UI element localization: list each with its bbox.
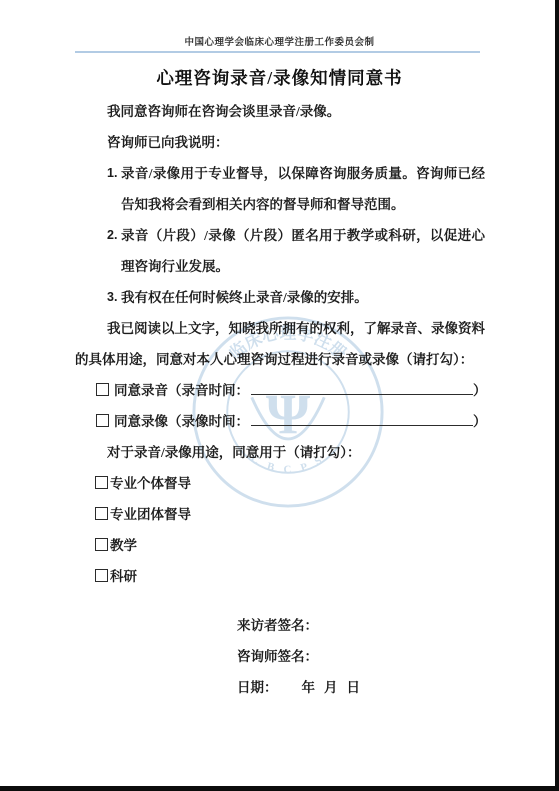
usage-option-label: 教学 bbox=[110, 538, 137, 553]
audio-consent-suffix: ） bbox=[473, 383, 487, 398]
scan-edge-bottom-bar bbox=[0, 786, 559, 791]
scan-edge-right-bar bbox=[555, 0, 559, 791]
intro-paragraph: 我同意咨询师在咨询会谈里录音/录像。 bbox=[75, 96, 485, 127]
video-consent-label: 同意录像（录像时间： bbox=[114, 414, 249, 429]
consent-form-page: 临床心理学注册 C B C P S Ψ 中国心理学会临床心理学注册工作委员会制 … bbox=[0, 0, 559, 791]
list-item-number: 3. bbox=[107, 282, 117, 313]
document-header-text: 中国心理学会临床心理学注册工作委员会制 bbox=[0, 34, 559, 48]
usage-option-row: 科研 bbox=[75, 561, 485, 592]
list-item-number: 1. bbox=[107, 158, 117, 189]
video-consent-row: 同意录像（录像时间：） bbox=[75, 406, 485, 437]
signature-block: 来访者签名： 咨询师签名： 日期：年月日 bbox=[75, 610, 485, 703]
explain-lead: 咨询师已向我说明： bbox=[75, 127, 485, 158]
audio-time-field[interactable] bbox=[251, 382, 473, 395]
audio-consent-checkbox[interactable] bbox=[96, 383, 109, 396]
list-item-text: 录音（片段）/录像（片段）匿名用于教学或科研，以促进心理咨询行业发展。 bbox=[121, 228, 485, 274]
consent-paragraph: 我已阅读以上文字，知晓我所拥有的权利，了解录音、录像资料的具体用途，同意对本人心… bbox=[75, 313, 485, 375]
usage-research-checkbox[interactable] bbox=[95, 569, 108, 582]
list-item-text: 录音/录像用于专业督导，以保障咨询服务质量。咨询师已经告知我将会看到相关内容的督… bbox=[121, 166, 485, 212]
list-item-text: 我有权在任何时候终止录音/录像的安排。 bbox=[121, 290, 368, 305]
usage-lead: 对于录音/录像用途，同意用于（请打勾）： bbox=[75, 437, 485, 468]
usage-option-row: 专业团体督导 bbox=[75, 499, 485, 530]
video-consent-checkbox[interactable] bbox=[96, 414, 109, 427]
list-item: 3. 我有权在任何时候终止录音/录像的安排。 bbox=[75, 282, 485, 313]
video-time-field[interactable] bbox=[251, 413, 473, 426]
page-title: 心理咨询录音/录像知情同意书 bbox=[0, 65, 559, 90]
usage-group-supervision-checkbox[interactable] bbox=[95, 507, 108, 520]
list-item-number: 2. bbox=[107, 220, 117, 251]
video-consent-suffix: ） bbox=[473, 414, 487, 429]
document-body: 我同意咨询师在咨询会谈里录音/录像。 咨询师已向我说明： 1. 录音/录像用于专… bbox=[75, 96, 485, 703]
header-rule bbox=[75, 51, 480, 53]
usage-option-label: 专业团体督导 bbox=[110, 507, 191, 522]
audio-consent-label: 同意录音（录音时间： bbox=[114, 383, 249, 398]
audio-consent-row: 同意录音（录音时间：） bbox=[75, 375, 485, 406]
date-month-label: 月 bbox=[324, 680, 338, 695]
usage-option-label: 专业个体督导 bbox=[110, 476, 191, 491]
date-label: 日期： bbox=[237, 680, 278, 695]
counselor-signature-label: 咨询师签名： bbox=[237, 641, 485, 672]
usage-option-row: 教学 bbox=[75, 530, 485, 561]
list-item: 1. 录音/录像用于专业督导，以保障咨询服务质量。咨询师已经告知我将会看到相关内… bbox=[75, 158, 485, 220]
usage-option-row: 专业个体督导 bbox=[75, 468, 485, 499]
date-line: 日期：年月日 bbox=[237, 672, 485, 703]
usage-option-label: 科研 bbox=[110, 569, 137, 584]
date-day-label: 日 bbox=[347, 680, 361, 695]
list-item: 2. 录音（片段）/录像（片段）匿名用于教学或科研，以促进心理咨询行业发展。 bbox=[75, 220, 485, 282]
usage-teaching-checkbox[interactable] bbox=[95, 538, 108, 551]
date-year-label: 年 bbox=[302, 680, 316, 695]
usage-individual-supervision-checkbox[interactable] bbox=[95, 476, 108, 489]
visitor-signature-label: 来访者签名： bbox=[237, 610, 485, 641]
